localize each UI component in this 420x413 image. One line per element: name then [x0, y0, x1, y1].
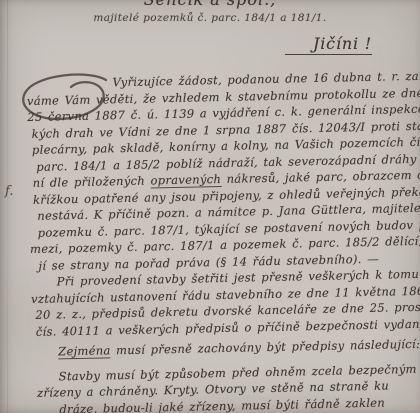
document-subtitle: majitelé pozemků č. parc. 184/1 a 181/1. [0, 12, 420, 24]
place-dateline: Jičíni ! [285, 34, 372, 55]
paper-crease [7, 0, 8, 413]
manuscript-line: Zejména musí přesně zachovány být předpi… [32, 336, 414, 360]
place-name: Jičíni ! [285, 34, 372, 55]
manuscript-body: Vyřizujíce žádost, podanou dne 16 dubna … [26, 68, 415, 413]
manuscript-page: Šenčík a spol., majitelé pozemků č. parc… [0, 0, 420, 413]
document-title: Šenčík a spol., [0, 0, 420, 9]
margin-note: f. [5, 184, 13, 199]
